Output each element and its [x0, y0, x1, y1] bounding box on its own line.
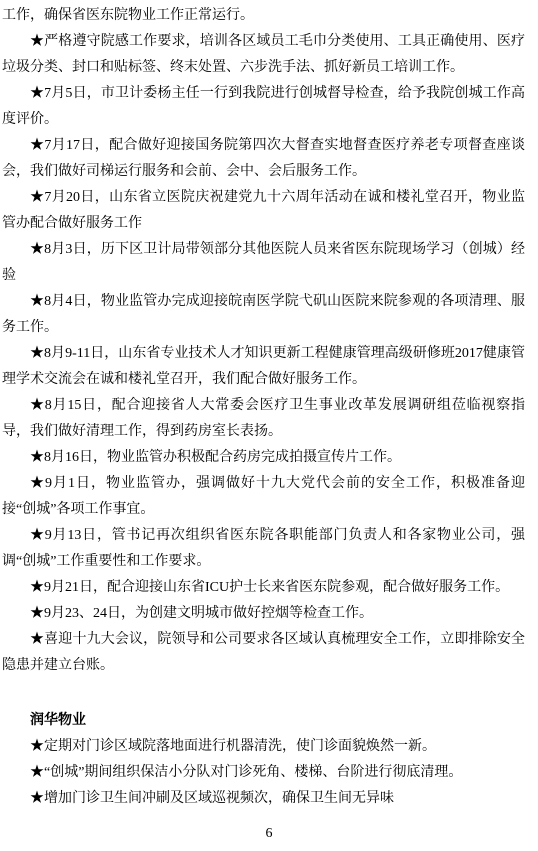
- bullet-paragraph-19th-congress: ★喜迎十九大会议，院领导和公司要求各区域认真梳理安全工作，立即排除安全隐患并建立…: [2, 627, 525, 679]
- bullet-paragraph-sep-1: ★9月1日，物业监管办，强调做好十九大党代会前的安全工作，积极准备迎接“创城”各…: [2, 471, 525, 523]
- page-number: 6: [0, 821, 538, 847]
- bullet-paragraph-sep-21: ★9月21日，配合迎接山东省ICU护士长来省医东院参观，配合做好服务工作。: [2, 575, 525, 601]
- bullet-paragraph-machine-cleaning: ★定期对门诊区域院落地面进行机器清洗，使门诊面貌焕然一新。: [2, 734, 525, 760]
- bullet-paragraph-cleaning-team: ★“创城”期间组织保洁小分队对门诊死角、楼梯、台阶进行彻底清理。: [2, 760, 525, 786]
- bullet-paragraph-hygiene-training: ★严格遵守院感工作要求，培训各区域员工毛巾分类使用、工具正确使用、医疗垃圾分类、…: [2, 29, 525, 81]
- bullet-paragraph-sep-13: ★9月13日，管书记再次组织省医东院各职能部门负责人和各家物业公司，强调“创城”…: [2, 523, 525, 575]
- bullet-paragraph-jul-20: ★7月20日，山东省立医院庆祝建党九十六周年活动在诚和楼礼堂召开，物业监管办配合…: [2, 185, 525, 237]
- page-content: 工作，确保省医东院物业工作正常运行。 ★严格遵守院感工作要求，培训各区域员工毛巾…: [0, 0, 538, 812]
- bullet-paragraph-aug-9-11: ★8月9-11日，山东省专业技术人才知识更新工程健康管理高级研修班2017健康管…: [2, 341, 525, 393]
- bullet-paragraph-aug-3: ★8月3日，历下区卫计局带领部分其他医院人员来省医东院现场学习（创城）经验: [2, 237, 525, 289]
- bullet-paragraph-aug-4: ★8月4日，物业监管办完成迎接皖南医学院弋矶山医院来院参观的各项清理、服务工作。: [2, 289, 525, 341]
- bullet-paragraph-jul-5: ★7月5日，市卫计委杨主任一行到我院进行创城督导检查，给予我院创城工作高度评价。: [2, 81, 525, 133]
- section-heading-runhua-property: 润华物业: [2, 708, 525, 734]
- document-page: 工作，确保省医东院物业工作正常运行。 ★严格遵守院感工作要求，培训各区域员工毛巾…: [0, 0, 538, 851]
- bullet-paragraph-aug-15: ★8月15日，配合迎接省人大常委会医疗卫生事业改革发展调研组莅临视察指导，我们做…: [2, 393, 525, 445]
- paragraph-continuation: 工作，确保省医东院物业工作正常运行。: [2, 3, 525, 29]
- bullet-paragraph-restroom-inspection: ★增加门诊卫生间冲刷及区域巡视频次，确保卫生间无异味: [2, 786, 525, 812]
- bullet-paragraph-jul-17: ★7月17日，配合做好迎接国务院第四次大督查实地督查医疗养老专项督查座谈会，我们…: [2, 133, 525, 185]
- bullet-paragraph-sep-23-24: ★9月23、24日，为创建文明城市做好控烟等检查工作。: [2, 601, 525, 627]
- bullet-paragraph-aug-16: ★8月16日，物业监管办积极配合药房完成拍摄宣传片工作。: [2, 445, 525, 471]
